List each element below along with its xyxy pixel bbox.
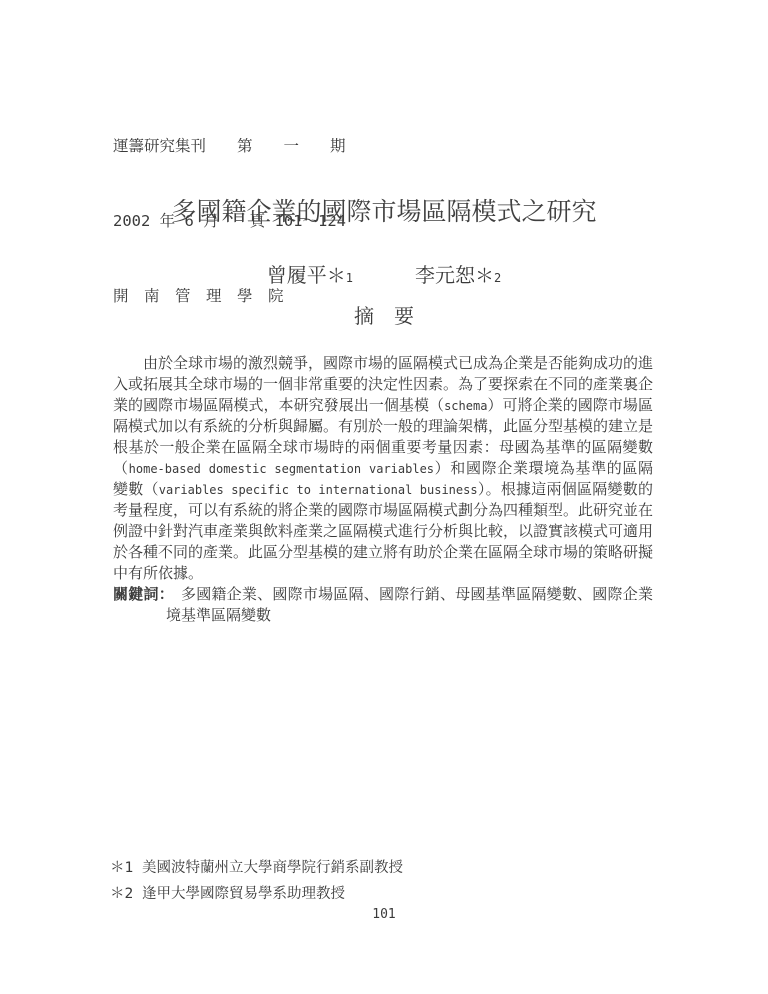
abstract-line: 根基於一般企業在區隔全球市場時的兩個重要考量因素：母國為基準的區隔變數 (113, 437, 653, 458)
abstract-body: 由於全球市場的激烈競爭，國際市場的區隔模式已成為企業是否能夠成功的進 入或拓展其… (113, 353, 653, 626)
abstract-text: 業的國際市場區隔模式，本研究發展出一個基模（ (113, 396, 444, 414)
paper-title: 多國籍企業的國際市場區隔模式之研究 (0, 192, 768, 228)
keywords-label: 關鍵詞： (113, 585, 174, 603)
author-2-footnote-star: ＊ (475, 265, 494, 287)
author-1-name: 曾履平 (267, 263, 327, 287)
abstract-text: 根基於一般企業在區隔全球市場時的兩個重要考量因素：母國為基準的區隔變數 (113, 438, 653, 456)
abstract-line: 變數（variables specific to international b… (113, 479, 653, 500)
abstract-line: 入或拓展其全球市場的一個非常重要的決定性因素。為了要探索在不同的產業裏企 (113, 374, 653, 395)
footnote-1: ＊1 美國波特蘭州立大學商學院行銷系副教授 (110, 855, 403, 881)
journal-title-line: 運籌研究集刊 第 一 期 (113, 134, 346, 159)
abstract-text: （ (113, 459, 129, 477)
footnote-2: ＊2 逢甲大學國際貿易學系助理教授 (110, 881, 403, 907)
abstract-english-term: variables specific to international busi… (159, 483, 478, 497)
abstract-text: 變數（ (113, 480, 159, 498)
abstract-text: ）。根據這兩個區隔變數的 (478, 480, 653, 498)
authors-row: 曾履平＊1 李元恕＊2 (0, 259, 768, 288)
abstract-text: 中有所依據。 (113, 564, 203, 582)
abstract-line: 業的國際市場區隔模式，本研究發展出一個基模（schema）可將企業的國際市場區 (113, 395, 653, 416)
abstract-english-term: schema (444, 399, 487, 413)
author-1: 曾履平＊1 (267, 259, 353, 288)
abstract-heading: 摘 要 (0, 300, 768, 329)
abstract-text: 入或拓展其全球市場的一個非常重要的決定性因素。為了要探索在不同的產業裏企 (113, 375, 653, 393)
abstract-line: （home-based domestic segmentation variab… (113, 458, 653, 479)
footnotes: ＊1 美國波特蘭州立大學商學院行銷系副教授 ＊2 逢甲大學國際貿易學系助理教授 (110, 855, 403, 907)
keywords-text: 境基準區隔變數 (166, 606, 271, 624)
abstract-line: 由於全球市場的激烈競爭，國際市場的區隔模式已成為企業是否能夠成功的進 (113, 353, 653, 374)
abstract-english-term: home-based domestic segmentation variabl… (129, 462, 434, 476)
abstract-text: ）和國際企業環境為基準的區隔 (434, 459, 653, 477)
keywords-text: 多國籍企業、國際市場區隔、國際行銷、母國基準區隔變數、國際企業環 (113, 585, 653, 605)
abstract-line: 考量程度，可以有系統的將企業的國際市場區隔模式劃分為四種類型。此研究並在 (113, 500, 653, 521)
abstract-line: 例證中針對汽車產業與飲料產業之區隔模式進行分析與比較，以證實該模式可適用 (113, 521, 653, 542)
abstract-text: 於各種不同的產業。此區分型基模的建立將有助於企業在區隔全球市場的策略研擬 (113, 543, 653, 561)
abstract-text: 隔模式加以有系統的分析與歸屬。有別於一般的理論架構，此區分型基模的建立是 (113, 417, 653, 435)
abstract-text: ）可將企業的國際市場區 (487, 396, 653, 414)
author-1-footnote-number: 1 (346, 271, 353, 285)
author-2-name: 李元恕 (415, 263, 475, 287)
abstract-line: 中有所依據。 (113, 563, 653, 584)
abstract-line: 於各種不同的產業。此區分型基模的建立將有助於企業在區隔全球市場的策略研擬 (113, 542, 653, 563)
author-2-footnote-number: 2 (494, 271, 501, 285)
document-page: 運籌研究集刊 第 一 期 2002 年 6 月 頁 101～124 開 南 管 … (0, 0, 768, 994)
author-1-footnote-star: ＊ (327, 265, 346, 287)
abstract-text: 例證中針對汽車產業與飲料產業之區隔模式進行分析與比較，以證實該模式可適用 (113, 522, 653, 540)
keywords-line-2: 境基準區隔變數 (113, 605, 653, 626)
abstract-text: 由於全球市場的激烈競爭，國際市場的區隔模式已成為企業是否能夠成功的進 (113, 354, 653, 372)
abstract-line: 隔模式加以有系統的分析與歸屬。有別於一般的理論架構，此區分型基模的建立是 (113, 416, 653, 437)
keywords-line-1: 關鍵詞：多國籍企業、國際市場區隔、國際行銷、母國基準區隔變數、國際企業環 (113, 584, 653, 605)
page-number: 101 (0, 907, 768, 922)
abstract-text: 考量程度，可以有系統的將企業的國際市場區隔模式劃分為四種類型。此研究並在 (113, 501, 653, 519)
author-2: 李元恕＊2 (415, 259, 501, 288)
